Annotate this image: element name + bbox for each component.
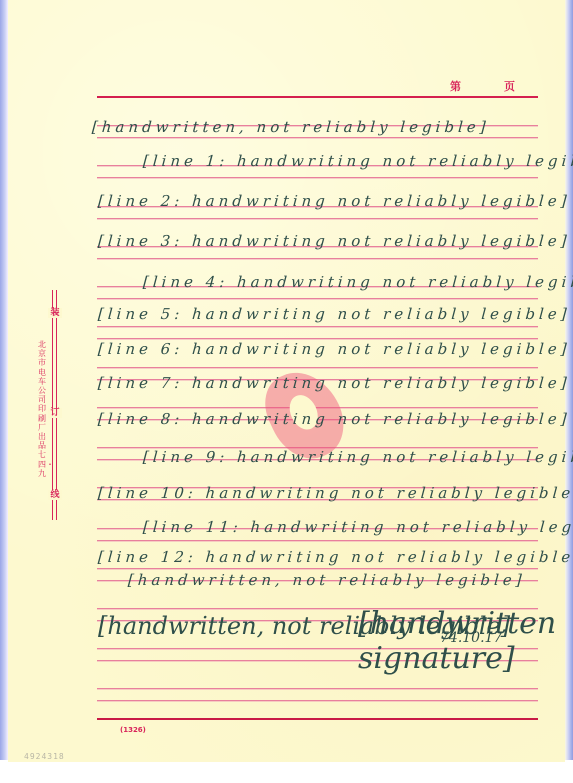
ruled-line	[97, 326, 538, 327]
binding-label-zhuang: 装	[48, 308, 62, 318]
letter-line: [line 12: handwriting not reliably legib…	[97, 548, 573, 566]
ruled-line	[97, 298, 538, 299]
letter-line: [line 8: handwriting not reliably legibl…	[97, 410, 571, 428]
ruled-line	[97, 177, 538, 178]
closing: [handwritten, not reliably legible]	[127, 571, 526, 589]
letter-line: [line 9: handwriting not reliably legibl…	[142, 448, 573, 466]
ruled-line	[97, 700, 538, 701]
ruled-line	[97, 338, 538, 339]
letter-line: [line 6: handwriting not reliably legibl…	[97, 340, 571, 358]
letter-line: [line 5: handwriting not reliably legibl…	[97, 305, 571, 323]
form-code: (1326)	[120, 726, 146, 734]
binding-label-ding: 订	[48, 408, 62, 418]
letter-line: [line 3: handwriting not reliably legibl…	[97, 232, 571, 250]
letter-date: 74.10.17	[440, 630, 502, 646]
letter-line: [line 10: handwriting not reliably legib…	[97, 484, 573, 502]
binding-rule	[56, 290, 57, 520]
letter-line: [line 4: handwriting not reliably legibl…	[142, 273, 573, 291]
ruled-line	[97, 218, 538, 219]
letter-line: [line 11: handwriting not reliably legib…	[142, 518, 573, 536]
page-label-ye: 页	[504, 78, 515, 94]
ruled-line	[97, 367, 538, 368]
letter-line: [line 1: handwriting not reliably legibl…	[142, 152, 573, 170]
letter-line: [line 2: handwriting not reliably legibl…	[97, 192, 571, 210]
binding-label-xian: 线	[48, 490, 62, 500]
salutation: [handwritten, not reliably legible]	[91, 118, 490, 136]
ruled-line	[97, 568, 538, 569]
binding-line: 装 订 线	[50, 290, 60, 520]
page-label-di: 第	[450, 78, 461, 94]
ruled-line	[97, 258, 538, 259]
footer-rule	[97, 718, 538, 720]
scan-edge-left	[0, 0, 8, 760]
letter-line: [line 7: handwriting not reliably legibl…	[97, 374, 571, 392]
printer-credit: 北京市电车公司印刷厂出品 七四・九	[38, 340, 48, 478]
ruled-line	[97, 137, 538, 138]
header-rule	[97, 96, 538, 98]
page-number-header: 第 页	[428, 78, 548, 94]
ruled-line	[97, 688, 538, 689]
archive-number: 4924318	[24, 752, 65, 761]
binding-rule	[52, 290, 53, 520]
letter-paper: 第 页 装 订 线 北京市电车公司印刷厂出品 七四・九 [handwritten…	[8, 0, 565, 762]
ruled-line	[97, 540, 538, 541]
